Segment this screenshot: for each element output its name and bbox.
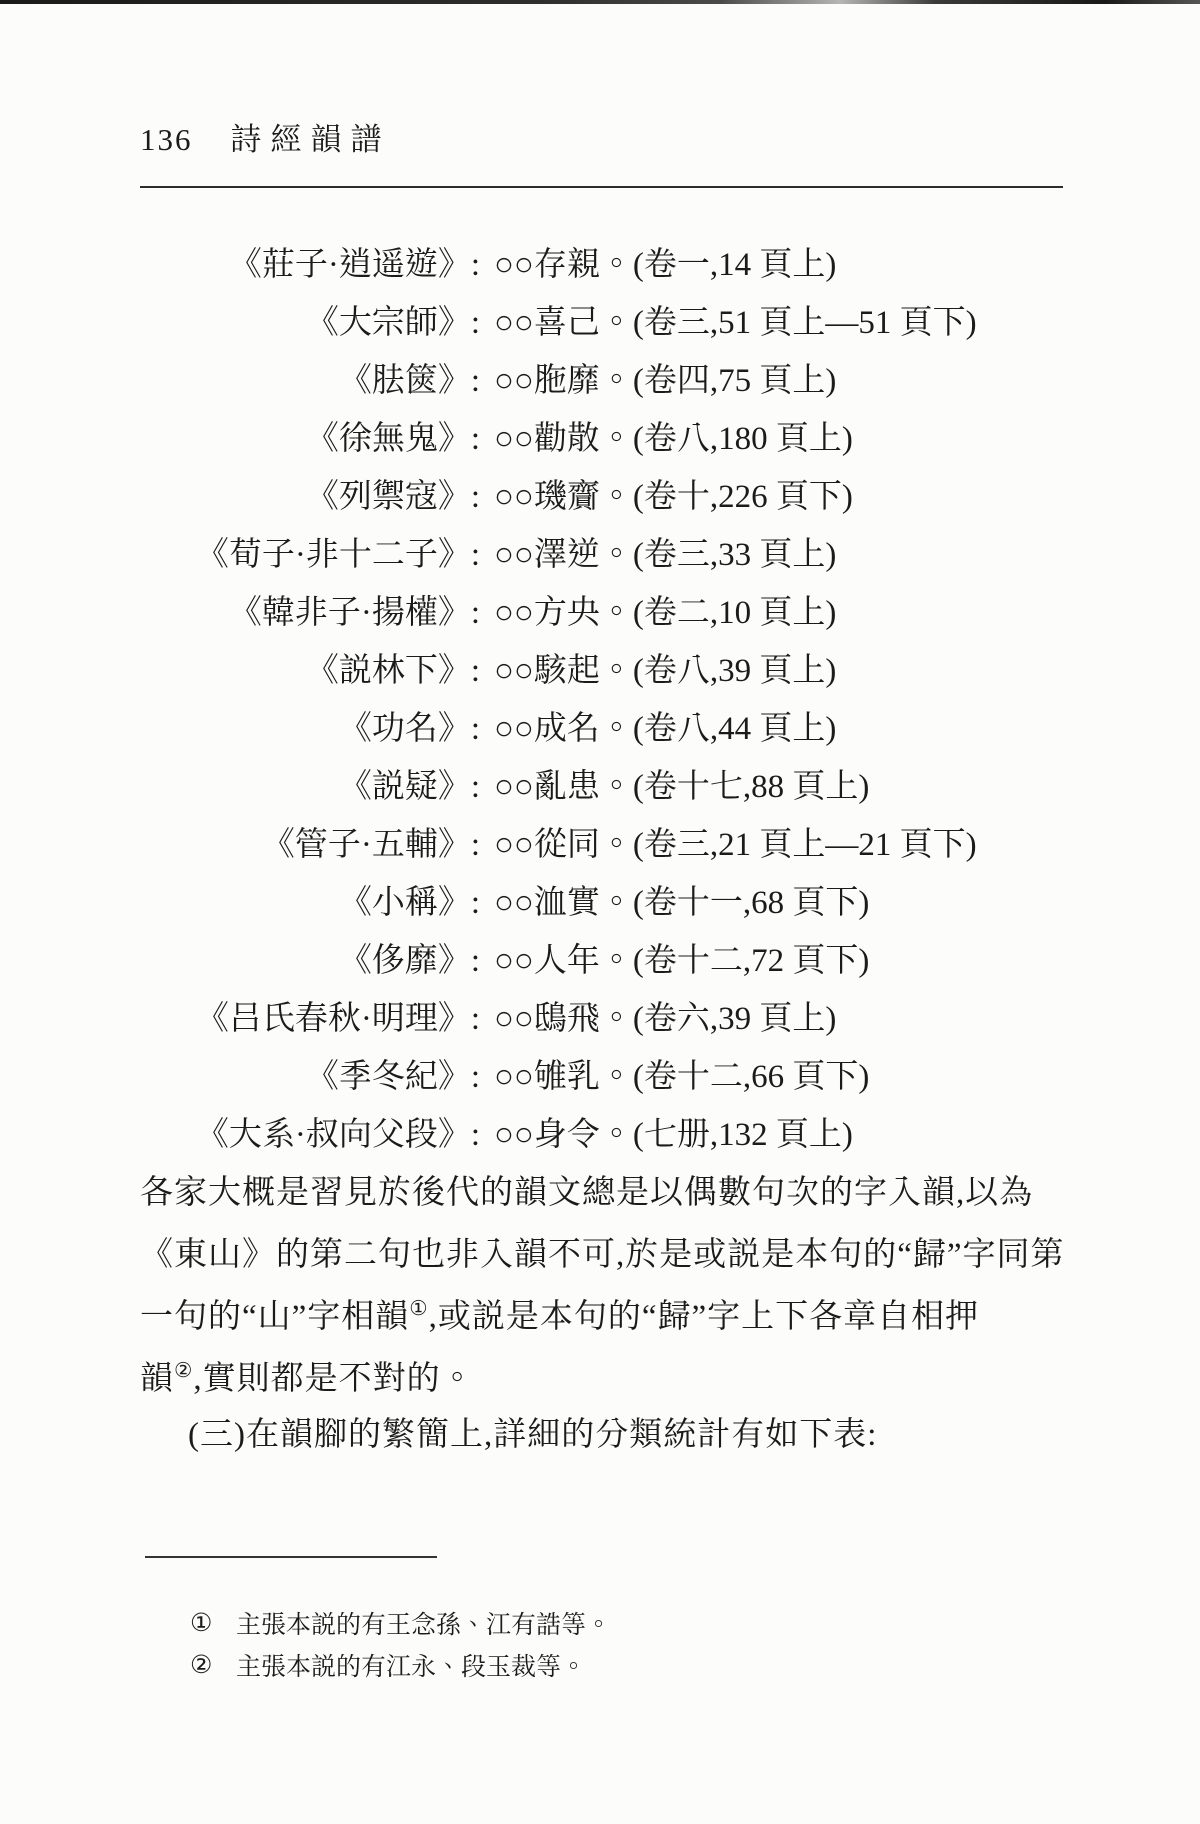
citation-title: 《管子·五輔》: [140, 818, 480, 865]
footnote-text: 主張本説的有江永、段玉裁等。 [236, 1647, 586, 1683]
citation-ref: (卷四,75 頁上) [633, 363, 836, 399]
citation-ref: (卷一,14 頁上) [633, 247, 836, 283]
citation-row: 《胠篋》:○○胣靡。(卷四,75 頁上) [140, 348, 1080, 406]
body-paragraph: 各家大概是習見於後代的韻文總是以偶數句次的字入韻,以為 《東山》的第二句也非入韻… [140, 1162, 1065, 1410]
footnote-divider [145, 1556, 437, 1558]
citation-title: 《大系·叔向父段》: [140, 1108, 480, 1155]
citation-ref: (卷十七,88 頁上) [633, 769, 869, 805]
citation-title: 《説疑》: [140, 760, 480, 807]
citation-row: 《吕氏春秋·明理》:○○鴟飛。(卷六,39 頁上) [140, 986, 1080, 1044]
citation-row: 《荀子·非十二子》:○○澤逆。(卷三,33 頁上) [140, 522, 1080, 580]
citation-ref: (卷十一,68 頁下) [633, 885, 869, 921]
citation-row: 《大系·叔向父段》:○○身令。(七册,132 頁上) [140, 1102, 1080, 1160]
citation-ref: (卷十二,72 頁下) [633, 943, 869, 979]
scan-artifact-top [0, 0, 1200, 4]
citation-title: 《莊子·逍遥遊》: [140, 238, 480, 285]
citation-title: 《荀子·非十二子》: [140, 528, 480, 575]
citation-row: 《大宗師》:○○喜己。(卷三,51 頁上—51 頁下) [140, 290, 1080, 348]
citation-rhyme: ○○人年。 [494, 943, 633, 979]
book-page: 136 詩經韻譜 《莊子·逍遥遊》:○○存親。(卷一,14 頁上) 《大宗師》:… [0, 0, 1200, 1824]
page-header: 136 詩經韻譜 [140, 114, 1063, 159]
citation-title: 《大宗師》: [140, 296, 480, 343]
citation-rhyme: ○○洫實。 [494, 885, 633, 921]
citation-row: 《説疑》:○○亂患。(卷十七,88 頁上) [140, 754, 1080, 812]
citation-title: 《徐無鬼》: [140, 412, 480, 459]
footnote-marker: ② [190, 1650, 236, 1680]
paragraph-line: 各家大概是習見於後代的韻文總是以偶數句次的字入韻,以為 [140, 1162, 1065, 1224]
citation-ref: (卷十二,66 頁下) [633, 1059, 869, 1095]
citation-row: 《徐無鬼》:○○勸散。(卷八,180 頁上) [140, 406, 1080, 464]
paragraph-line: 《東山》的第二句也非入韻不可,於是或説是本句的“歸”字同第 [140, 1224, 1065, 1286]
footnote-row: ②主張本説的有江永、段玉裁等。 [190, 1644, 1080, 1686]
citation-title: 《胠篋》: [140, 354, 480, 401]
citation-title: 《説林下》: [140, 644, 480, 691]
citation-row: 《韓非子·揚權》:○○方央。(卷二,10 頁上) [140, 580, 1080, 638]
citation-row: 《功名》:○○成名。(卷八,44 頁上) [140, 696, 1080, 754]
citation-row: 《季冬紀》:○○雊乳。(卷十二,66 頁下) [140, 1044, 1080, 1102]
citation-ref: (卷二,10 頁上) [633, 595, 836, 631]
footnote-row: ①主張本説的有王念孫、江有誥等。 [190, 1602, 1080, 1644]
citation-title: 《功名》: [140, 702, 480, 749]
citation-title: 《韓非子·揚權》: [140, 586, 480, 633]
citation-ref: (卷八,180 頁上) [633, 421, 853, 457]
citation-title: 《吕氏春秋·明理》: [140, 992, 480, 1039]
citation-ref: (七册,132 頁上) [633, 1117, 853, 1153]
citation-rhyme: ○○亂患。 [494, 769, 633, 805]
citation-rhyme: ○○身令。 [494, 1117, 633, 1153]
footnote-text: 主張本説的有王念孫、江有誥等。 [236, 1605, 611, 1641]
citation-row: 《管子·五輔》:○○從同。(卷三,21 頁上—21 頁下) [140, 812, 1080, 870]
citation-ref: (卷三,21 頁上—21 頁下) [633, 827, 977, 863]
paragraph-line: 韻②,實則都是不對的。 [140, 1348, 1065, 1410]
citation-row: 《説林下》:○○駭起。(卷八,39 頁上) [140, 638, 1080, 696]
citation-title: 《季冬紀》: [140, 1050, 480, 1097]
citation-rhyme: ○○雊乳。 [494, 1059, 633, 1095]
citation-rhyme: ○○胣靡。 [494, 363, 633, 399]
citation-title: 《侈靡》: [140, 934, 480, 981]
citation-row: 《列禦寇》:○○璣齎。(卷十,226 頁下) [140, 464, 1080, 522]
citation-row: 《侈靡》:○○人年。(卷十二,72 頁下) [140, 928, 1080, 986]
page-number: 136 [140, 122, 193, 158]
citation-title: 《列禦寇》: [140, 470, 480, 517]
citation-ref: (卷八,39 頁上) [633, 653, 836, 689]
citation-rhyme: ○○鴟飛。 [494, 1001, 633, 1037]
citation-ref: (卷八,44 頁上) [633, 711, 836, 747]
citation-rhyme: ○○存親。 [494, 247, 633, 283]
section-heading-line: (三)在韻腳的繁簡上,詳細的分類統計有如下表: [140, 1404, 1113, 1466]
citation-rhyme: ○○從同。 [494, 827, 633, 863]
header-rule [140, 186, 1063, 188]
footnote-marker: ① [190, 1608, 236, 1638]
citation-ref: (卷十,226 頁下) [633, 479, 853, 515]
citation-rhyme: ○○喜己。 [494, 305, 633, 341]
citation-ref: (卷三,51 頁上—51 頁下) [633, 305, 977, 341]
citation-rhyme: ○○澤逆。 [494, 537, 633, 573]
paragraph-line: 一句的“山”字相韻①,或説是本句的“歸”字上下各章自相押 [140, 1286, 1065, 1348]
book-title: 詩經韻譜 [231, 114, 391, 159]
citation-rhyme: ○○璣齎。 [494, 479, 633, 515]
citation-ref: (卷六,39 頁上) [633, 1001, 836, 1037]
citation-list: 《莊子·逍遥遊》:○○存親。(卷一,14 頁上) 《大宗師》:○○喜己。(卷三,… [140, 232, 1080, 1160]
citation-row: 《莊子·逍遥遊》:○○存親。(卷一,14 頁上) [140, 232, 1080, 290]
citation-rhyme: ○○勸散。 [494, 421, 633, 457]
citation-title: 《小稱》: [140, 876, 480, 923]
citation-rhyme: ○○方央。 [494, 595, 633, 631]
citation-ref: (卷三,33 頁上) [633, 537, 836, 573]
citation-row: 《小稱》:○○洫實。(卷十一,68 頁下) [140, 870, 1080, 928]
footnote-list: ①主張本説的有王念孫、江有誥等。 ②主張本説的有江永、段玉裁等。 [190, 1602, 1080, 1686]
citation-rhyme: ○○成名。 [494, 711, 633, 747]
citation-rhyme: ○○駭起。 [494, 653, 633, 689]
